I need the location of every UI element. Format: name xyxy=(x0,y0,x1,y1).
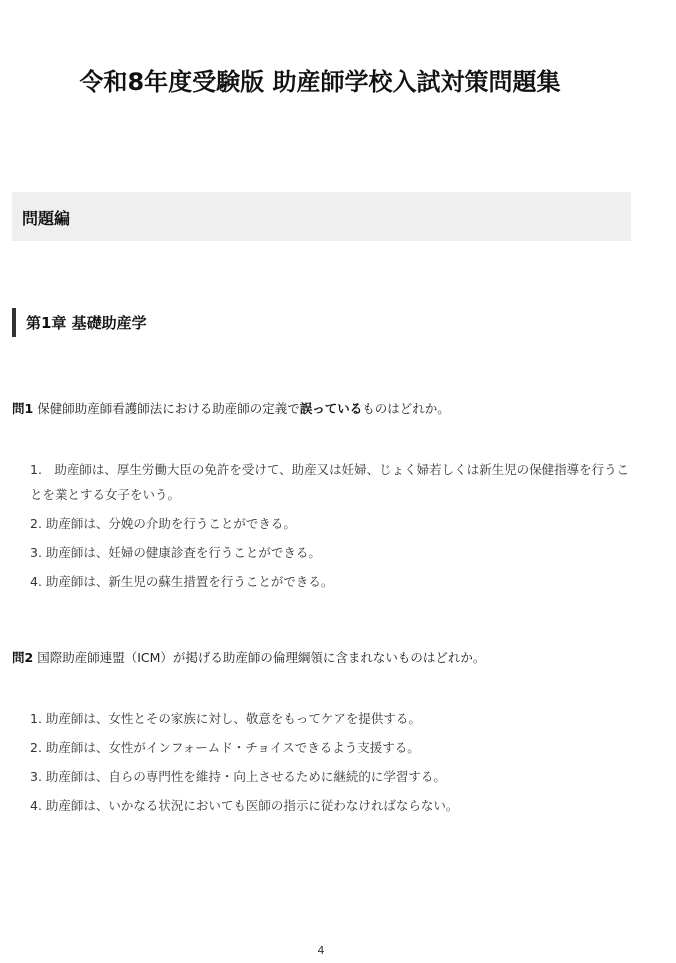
question-text: 国際助産師連盟（ICM）が掲げる助産師の倫理綱領に含まれないものはどれか。 xyxy=(37,650,485,665)
option-item: 1. 助産師は、厚生労働大臣の免許を受けて、助産又は妊婦、じょく婦若しくは新生児… xyxy=(30,457,640,507)
option-item: 3. 助産師は、妊婦の健康診査を行うことができる。 xyxy=(30,540,640,565)
document-title: 令和8年度受験版 助産師学校入試対策問題集 xyxy=(0,62,640,97)
option-item: 3. 助産師は、自らの専門性を維持・向上させるために継続的に学習する。 xyxy=(30,764,640,789)
question-emphasis: 誤っている xyxy=(300,401,363,416)
question-2: 問2 国際助産師連盟（ICM）が掲げる助産師の倫理綱領に含まれないものはどれか。 xyxy=(12,648,485,666)
question-number: 問2 xyxy=(12,650,33,665)
option-item: 2. 助産師は、女性がインフォームド・チョイスできるよう支援する。 xyxy=(30,735,640,760)
question-text: 保健師助産師看護師法における助産師の定義で xyxy=(37,401,300,416)
part-heading-banner: 問題編 xyxy=(12,192,631,241)
option-item: 1. 助産師は、女性とその家族に対し、敬意をもってケアを提供する。 xyxy=(30,706,640,731)
question-number: 問1 xyxy=(12,401,33,416)
option-item: 2. 助産師は、分娩の介助を行うことができる。 xyxy=(30,511,640,536)
page-number: 4 xyxy=(0,944,642,957)
part-heading: 問題編 xyxy=(22,206,70,229)
option-item: 4. 助産師は、いかなる状況においても医師の指示に従わなければならない。 xyxy=(30,793,640,818)
option-item: 4. 助産師は、新生児の蘇生措置を行うことができる。 xyxy=(30,569,640,594)
question-1: 問1 保健師助産師看護師法における助産師の定義で誤っているものはどれか。 xyxy=(12,399,450,417)
question-text-end: ものはどれか。 xyxy=(362,401,450,416)
chapter-heading: 第1章 基礎助産学 xyxy=(12,308,147,337)
